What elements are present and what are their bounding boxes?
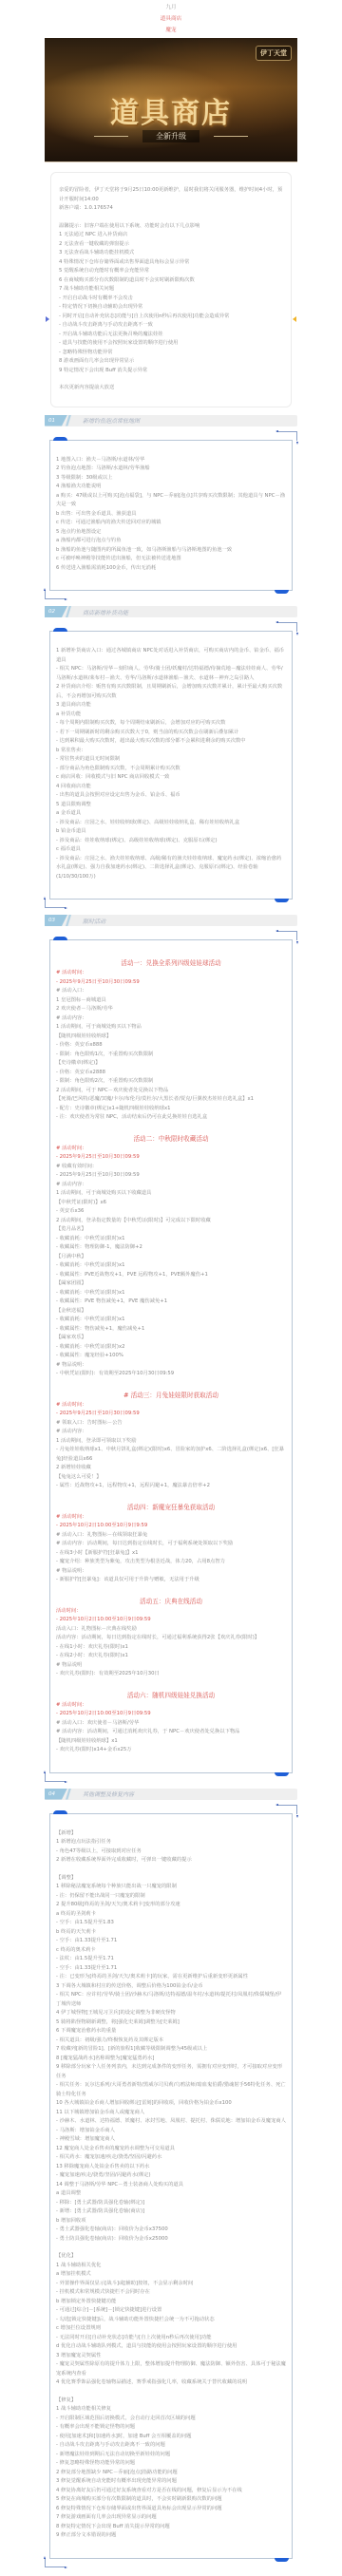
text-line: - 魔宠介绍：种族类型为紫兔，攻击类型为根茎近战，体力20，占用8点智力 <box>56 1558 286 1567</box>
text-line: - 自动战斗攻击距离与手动攻击距离不一致的问题 <box>56 2441 286 2451</box>
text-line: 2 活动期间，可于 NPC－欢庆使者处兑换以下物品 <box>56 1087 286 1096</box>
text-line: b 终焉的天矢莉卡 <box>56 1928 286 1938</box>
text-line: - 达到累积最大购买次数时，超出最大购买次数的部分都不会累积进剩余的购买次数中 <box>56 737 286 747</box>
card-body: 1 新增补货商店入口：通过各城镇商店 NPC处对话进入补货商店，可购买商店内的金… <box>49 631 293 900</box>
text-line: 1 战斗辅助功能相关修复 <box>56 2405 286 2415</box>
group-label: 【新增】 <box>56 1829 286 1839</box>
text-line: 1 皇冠图标－商城道具 <box>56 996 286 1006</box>
text-line: - 使用[加速术]和[加速药水]时，加速 Buff 会互相覆盖的问题 <box>56 2433 286 2442</box>
text-line: 4 回收商店功能 <box>56 783 286 792</box>
text-line: 12 魔宠商人处金币售卖的魔宠药水调整为可交易道具 <box>56 2145 286 2154</box>
text-line: # 活动入口：礼物图标－在线领取狂暴兔 <box>56 1531 286 1541</box>
text-line: b 铂金币道具 <box>56 827 286 837</box>
section-header-03: 03 限时活动 <box>45 915 297 926</box>
tips-title: 温馨提示：旧客户端在使用以下系统、功能时会有以下几点影响 <box>59 222 283 232</box>
text-line: - 2025年9月25日至10月30日09:59 <box>56 1171 286 1181</box>
text-line: - 在线1小时：欢庆礼券(限时)x1 <box>56 1643 286 1653</box>
text-line: 2 新增娃娃收藏 <box>56 1464 286 1473</box>
activity-title: 活动二：中秋限时收藏活动 <box>56 1133 286 1145</box>
text-line: - 无法同时开启[自动补充状态]功能与[自上次使用n秒后再次使用]功能 <box>56 2334 286 2343</box>
text-line: - 沙赫木、水道林、达特福德、妖魔村、冰封雪地、凤凰村、提托村、侏儒荒地：增加铂… <box>56 2117 286 2127</box>
corner-arrow-icon <box>45 2558 66 2567</box>
spacer <box>56 2244 286 2252</box>
text-line: - 同时开启[自动补充状态]功能与[自上次使用n秒后再次使用]功能会造成异常 <box>59 313 283 322</box>
group-label: 【修复】 <box>56 2396 286 2406</box>
text-line: - 挂机模式和常规模式快捷栏不会同时存在 <box>56 2288 286 2298</box>
section-card-01: 1 地图入口：渔夫－马洛斯/水道林/劳华2 钓鱼泡点地图：马洛斯/水道林/劳华渔… <box>45 440 297 592</box>
activity-title: 活动一：兑换全系列四级娃娃球活动 <box>56 957 286 969</box>
text-line: - 收藏消耗：中秋凭证(限时)x1 <box>56 1316 286 1325</box>
text-line: - 魔宠灵契属性除原有的提升体力上限，整体增加提升物理防御、魔法防御、额外伤害、… <box>56 2360 286 2378</box>
text-line: # 活动内容： <box>56 1181 286 1190</box>
section-lines: 1 新增补货商店入口：通过各城镇商店 NPC处对话进入补货商店，可购买商店内的金… <box>56 647 286 881</box>
text-line: 4 优化赛季饰品强化卷轴物品描述，赛季戒指强化几率，收藏系统关于替代收藏的说明 <box>56 2378 286 2388</box>
text-line: 1 新增泡点玩法指引任务 <box>56 1838 286 1847</box>
arrow-right-icon <box>46 316 49 322</box>
text-line: b 常驻售卖： <box>56 747 286 756</box>
text-line: 14 调整于马洛斯/劳华 NPC－勇士装备商人处购买的道具 <box>56 2181 286 2190</box>
text-line: 2 修复部分地图缺少 NPC－乔丽[泡点]指路功能的问题 <box>56 2469 286 2478</box>
section-card-03: 活动一：兑换全系列四级娃娃球活动# 活动时间：- 2025年9月25日至10月3… <box>45 939 297 1773</box>
text-line: 6 修复特殊情况下仓库存储界面或出售界面道具角标会出现显示异常的问题 <box>56 2505 286 2514</box>
text-line: 【随机四级娃娃收纳球】x1 <box>56 1737 286 1747</box>
text-line: 1 活动期间，可于商城处购买以下物品 <box>56 1023 286 1032</box>
section-number: 02 <box>45 606 67 617</box>
section-title: 新增钓鱼泡点常驻地图 <box>83 416 140 425</box>
text-line: - 角色47等级以上，可接取到对应任务 <box>56 1847 286 1857</box>
text-line: 1 战斗辅助相关优化 <box>56 2262 286 2271</box>
banner-tagline: 全新升级 <box>142 130 199 142</box>
groups-list: 【新增】1 新增泡点玩法指引任务- 角色47等级以上，可接取到对应任务2 新增在… <box>56 1829 286 2541</box>
banner-tagline-wrap: 全新升级 <box>45 131 297 142</box>
section-header-04: 04 其他调整及修复内容 <box>45 1789 297 1800</box>
section-header-01: 01 新增钓鱼泡点常驻地图 <box>45 415 297 426</box>
hero-banner: 伊丁天堂 道具商店 全新升级 <box>45 38 297 162</box>
group-label: 【调整】 <box>56 1874 286 1884</box>
text-line: - 若下一周期刷新时的剩余购买次数大于0，则当前的购买次数会在刷新后叠加累计 <box>56 729 286 738</box>
text-line: - 相关 NPC：马洛斯/劳华－刻印商人、劳华/骑士团/妖魔村/达特福德/侍摘荒… <box>56 665 286 683</box>
text-line: 【史诗徽章(绑定)】 <box>56 1059 286 1069</box>
tips-list: 1 无法通过 NPC 进入补货商店2 无法查看一键收藏的弹窗提示3 无法查看战斗… <box>59 231 283 375</box>
text-line: 【览月品茗】 <box>56 1225 286 1235</box>
text-line: - 月兔娃娃收纳球x1、中秋月饼礼盒(绑定)(限时)x6、冒险家的加护x6、二阶… <box>56 1446 286 1464</box>
section-title: 限时活动 <box>83 917 105 925</box>
text-line: - 新增：[勇士武器/防具强化卷轴(商店)] <box>56 2207 286 2217</box>
text-line: - 有概率会出现不能锁定怪物的问题 <box>56 2423 286 2433</box>
text-line: a 金币道具 <box>56 809 286 819</box>
text-line: 【中秋凭证(限时)】x6 <box>56 1199 286 1208</box>
text-line: - 限制：角色限购1次，不重置购买次数限制 <box>56 1051 286 1060</box>
activity-time: # 活动时间： <box>56 1401 286 1411</box>
text-line: 2 提升80级[终焉的圣剑/天矢/奥术莉卡]变形的部分攻速 <box>56 1901 286 1910</box>
text-line: 10 各大城镇铂金币商人增加回收绑定[雷刻]的回收项，回收价格为铂金币x100 <box>56 2099 286 2109</box>
activity-time: # 活动时间： <box>56 1701 286 1711</box>
text-line: - 自动战斗攻击距离与手动攻击距离不一致 <box>59 321 283 331</box>
activity-time: - 2025年10月2日10:00至10月9日09:59 <box>56 1710 286 1719</box>
text-line: # 活动入口： <box>56 987 286 996</box>
spacer <box>56 1866 286 1874</box>
text-line: - 在线2小时：欢庆礼券(限时)x1 <box>56 1652 286 1661</box>
tab-decoration-icon <box>275 590 289 594</box>
text-line: 2 新增在收藏系统界面外完成收藏时，可弹出一键收藏的提示 <box>56 1856 286 1866</box>
text-line: - 开启战斗辅助功能后无法更换召唤的魔法娃娃 <box>59 331 283 340</box>
text-line: - 相关药水：魔宠加速/疾走/骁勇/坚固/闪避药水 <box>56 2153 286 2163</box>
text-line: - 外置操作界面仅显示[战斗]或[辅助]按钮，不会显示剩余时间 <box>56 2280 286 2289</box>
text-line: a 渔船内都可进行泡点与钓鱼 <box>56 537 286 546</box>
tab-decoration-icon <box>275 2558 289 2562</box>
text-line: - 收藏属性：物理防御-1，魔法防御+2 <box>56 1243 286 1253</box>
text-line: - 欢庆礼券(限时)x14+金币x25万 <box>56 1746 286 1755</box>
page-header: 九月 道具商店 魔宠 <box>0 0 342 36</box>
tab-decoration-icon <box>275 899 289 902</box>
activity-title: # 活动三：月兔娃娃限时获取活动 <box>56 1390 286 1401</box>
text-line: 3 修复觉醒系统自动充能时有概率出现充能异常的问题 <box>56 2477 286 2487</box>
section-title: 其他调整及修复内容 <box>83 1790 134 1798</box>
text-line: 9 特定情况下会出现 Buff 消失提示异常 <box>59 367 283 376</box>
text-line: - 收藏属性：魔宠经验+100% <box>56 1352 286 1361</box>
banner-headline: 道具商店 <box>45 89 297 131</box>
text-line: - 收藏属性：PVE 物伤减免+1，PVE 魔伤减免+1 <box>56 1297 286 1307</box>
spacer <box>56 2388 286 2396</box>
text-line: 【随机四级娃娃收纳球】 <box>56 1032 286 1042</box>
tab-decoration-icon <box>53 628 67 632</box>
text-line: 2 无法查看一键收藏的弹窗提示 <box>59 240 283 250</box>
text-line: - 出售的道具会按照对应设定出售为金币、铂金币、福币 <box>56 791 286 801</box>
text-line: - 欢庆礼券(限时)：有效期至2025年10月30日 <box>56 1670 286 1679</box>
text-line: a 购买：47级或以上可购买[泡点福袋]，与 NPC－乔丽[泡点]共享购买次数限… <box>56 492 286 510</box>
corner-arrow-icon <box>45 1772 66 1782</box>
text-line: 3 下调各大城镇和村庄的传送价格，调整后价格为100铂金币/金币 <box>56 1982 286 1992</box>
spacer <box>56 1379 286 1388</box>
intro-paragraph: 亲爱的冒险者，伊丁天堂将于9月25日10:00更新维护，届时我们将关闭服务器，维… <box>59 186 283 204</box>
text-line: - 配方：史诗徽章(绑定)x1+随机四级娃娃收纳球x1 <box>56 1105 286 1114</box>
text-line: 9 移除部分玩家个人任务列表内，未达到完成条件的变形任务，需拥有对应变形时，才可… <box>56 2063 286 2081</box>
text-line: - 开启限制区域范围后切换模式，会自动行走回首次区域的问题 <box>56 2415 286 2424</box>
text-line: - 空手：由1.33提升至1.71 <box>56 1964 286 1974</box>
month-label: 九月 <box>0 2 342 13</box>
text-line: d 优化自动战斗辅助队列模式，道具与技能的使用会按照玩家设置的顺序进行使用 <box>56 2342 286 2352</box>
text-line: 【阖家欢乐】 <box>56 1334 286 1343</box>
activity-time: # 活动时间： <box>56 1513 286 1523</box>
text-line: # 活动入口：欢庆使者－马洛斯/劳华 <box>56 1719 286 1729</box>
text-line: - 涉及商品：庄园之水、娃娃收纳球(绑定)、高级娃娃收纳礼盒、稀有娃娃收纳礼盒 <box>56 819 286 828</box>
text-line: 2 活动期间，登录指定数量的【中秋凭证(限时)】可完成以下限时收藏 <box>56 1217 286 1226</box>
spacer <box>56 1491 286 1500</box>
text-line: - 在线3小时【新服护符[狂暴兔]】x1 <box>56 1549 286 1559</box>
text-line: - 空手：由1.33提升至1.71 <box>56 1937 286 1946</box>
text-line: 5 修复在商城购买部分有次数限制的道具时，不会实时刷新限购次数的问题 <box>56 2495 286 2505</box>
activity-time: # 活动时间： <box>56 1145 286 1154</box>
text-line: 3 等级限制：30级或以上 <box>56 474 286 483</box>
text-line: - 英安币x36 <box>56 1207 286 1217</box>
text-line: 6 下调魔宠治愈药水的重量 <box>56 2027 286 2036</box>
tab-decoration-icon <box>53 437 67 441</box>
section-number: 04 <box>45 1789 67 1800</box>
text-line: - 价格：英安币x2888 <box>56 1069 286 1078</box>
text-line: - 收藏消耗：中秋凭证(限时)x1 <box>56 1235 286 1244</box>
text-line: - 属性：近战物攻+1，远程物攻+1，远程闪避+1，魔法暴击倍率+2 <box>56 1482 286 1491</box>
text-line: 1 移除秘法魔宠系统每个种族只能出战一只魔宠的限制 <box>56 1883 286 1892</box>
text-line: 【阖家团圆】 <box>56 1279 286 1289</box>
spacer <box>56 1585 286 1594</box>
text-line: - 收藏消耗：中秋凭证(限时)x1 <box>56 1289 286 1298</box>
text-line: # 物品说明： <box>56 1567 286 1577</box>
text-line: - 相关道具：初级/强力/终极恢复药及其绑定版本 <box>56 2036 286 2046</box>
text-line: 4 特殊情况下仓库存储界面或出售界面道具角标会显示异常 <box>59 258 283 268</box>
activity-time: - 2025年10月2日10:00至10月9日09:59 <box>56 1616 286 1625</box>
card-body: 1 地图入口：渔夫－马洛斯/水道林/劳华2 钓鱼泡点地图：马洛斯/水道林/劳华渔… <box>49 440 293 592</box>
text-line: - 法杖：由1.5提升至1.71 <box>56 1955 286 1964</box>
text-line: - 勇士武器强化卷轴(商店)：回收价为金币x37500 <box>56 2226 286 2235</box>
text-line: 【兔兔这么可爱！】 <box>56 1473 286 1483</box>
text-line: 5 泡点钓鱼地图设定 <box>56 528 286 538</box>
text-line: - 相关任务：瓦尔达系列/大哥勇者新特/黑威尔司贝莉/乌鸦法师/暗血鬼伯爵/猎魂… <box>56 2081 286 2099</box>
text-line: 9 修正部分文本错误的问题 <box>56 2531 286 2541</box>
text-line: - 道具与技能的使用不会按照玩家设置的顺序进行使用 <box>59 339 283 349</box>
text-line: 6 在商城购买部分有次数限制的道具时不会实时刷新限购次数 <box>59 276 283 286</box>
client-version: 新客户端：1.0.176574 <box>59 204 283 214</box>
section-title: 商店新增补货功能 <box>83 608 128 616</box>
text-line: - 魔宠加速/疾走/骁勇/坚固/闪避药水(绑定) <box>56 2171 286 2181</box>
text-line: 活动内容：活动期间，每日达到指定在线时长，可通过福利系统获得2张【欢庆礼券(限时… <box>56 1634 286 1643</box>
page-title: 道具商店 <box>0 13 342 25</box>
text-line: - 特定情况下切换自动辅助会出现异常 <box>59 303 283 313</box>
group-label: 【优化】 <box>56 2252 286 2262</box>
text-line: 8 [魔宠猛战药水]名称调整为[魔宠猛勇药水] <box>56 2055 286 2064</box>
text-line: 4 渔船渔夫功能说明 <box>56 483 286 492</box>
text-line: 1 地图入口：渔夫－马洛斯/水道林/劳华 <box>56 456 286 465</box>
corner-arrow-icon <box>45 590 66 599</box>
text-line: c 可被呼唤神殿等技能传送出渔船，但无法被传送进地图 <box>56 555 286 564</box>
text-line: 7 战斗辅助功能相关问题 <box>59 285 283 294</box>
intro-card: 亲爱的冒险者，伊丁天堂将于9月25日10:00更新维护，届时我们将关闭服务器，维… <box>50 172 292 407</box>
text-line: 8 游戏画面有几率会出现异常显示 <box>59 357 283 367</box>
text-line: - 修复忽略特殊怪物功能异常的问题 <box>56 2459 286 2469</box>
text-line: 【金秋送福】 <box>56 1307 286 1316</box>
text-line: # 物品说明 <box>56 1661 286 1671</box>
activity-time: # 活动时间： <box>56 969 286 978</box>
text-line: 活动入口：礼物图标－庆典在线奖励 <box>56 1625 286 1635</box>
text-line: # 活动内容：活动期间，每日达到指定在线时长，可于福利系统处领取以下奖励 <box>56 1540 286 1549</box>
text-line: # 活动内容： <box>56 1014 286 1024</box>
text-line: 2 欢庆使者－马洛斯/劳华 <box>56 1005 286 1014</box>
text-line: # 领取入口：告时图标－公告 <box>56 1419 286 1429</box>
text-line: - 可通过[综合]－[系统]－[锁定快捷键]进行设置 <box>56 2306 286 2316</box>
text-line: - 部分商品为角色限制购买次数，不会周期累计购买次数 <box>56 765 286 774</box>
text-line: 【月满中秋】 <box>56 1253 286 1262</box>
text-line: - 忽略特殊怪物功能异常 <box>59 349 283 358</box>
text-line: 4 伊丁城怪物[王城见习卫兵]的设定调整为非硬皮怪物 <box>56 2009 286 2018</box>
text-line: a 补货功能 <box>56 710 286 720</box>
text-line: - 空手：由1.5提升至1.83 <box>56 1919 286 1928</box>
corner-arrow-icon <box>45 899 66 908</box>
text-line: - 移除：[勇士武器/防具强化卷轴(绑定)] <box>56 2199 286 2208</box>
text-line: b 出售：可出售金币道具、渔获道具 <box>56 510 286 520</box>
text-line: 【死骑/巴风特/恶魔/冥魔/卡尔/布伦丹/莫杜尔/大黑长者/贾克/巨翼敖杰娃娃自… <box>56 1095 286 1105</box>
page-subtitle: 魔宠 <box>0 25 342 36</box>
text-line: - 涉及商品：庄园之水、渔夫娃娃收纳球、高级/稀有的渔夫娃娃收纳球、魔宠药水(绑… <box>56 855 286 882</box>
text-line: 7 收藏列[新的冒险1]、[新的旅程1]收藏等级限制调整为45级或以上 <box>56 2045 286 2055</box>
activity-time: - 2025年9月25日至10月30日09:59 <box>56 978 286 988</box>
section-header-02: 02 商店新增补货功能 <box>45 606 297 617</box>
section-card-02: 1 新增补货商店入口：通过各城镇商店 NPC处对话进入补货商店，可购买商店内的金… <box>45 631 297 900</box>
section-number: 03 <box>45 915 67 926</box>
text-line: - 开启自动战斗时有概率不会攻击 <box>59 294 283 304</box>
text-line: - 注：欢庆使者为常驻 NPC，活动结束后仍可在此兑换娃娃自选礼盒 <box>56 1113 286 1123</box>
activity-title: 活动五：庆典在线活动 <box>56 1596 286 1607</box>
text-line: - 常驻售卖的道具无时间限制 <box>56 755 286 765</box>
text-line: 1 无法通过 NPC 进入补货商店 <box>59 231 283 240</box>
activity-time: - 2025年9月25日至10月30日09:59 <box>56 1153 286 1163</box>
tab-decoration-icon <box>275 1772 289 1776</box>
card-body: 【新增】1 新增泡点玩法指引任务- 角色47等级以上，可接取到对应任务2 新增在… <box>49 1813 293 2559</box>
activity-time: - 2025年9月25日至10月30日09:59 <box>56 1410 286 1419</box>
text-line: 2 钓鱼泡点地图：马洛斯/水道林/劳华渔船 <box>56 464 286 474</box>
text-line: 6 传送进入渔船需消耗100金币，传出无消耗 <box>56 564 286 574</box>
spacer <box>56 1123 286 1131</box>
text-line: # 物品说明： <box>56 1361 286 1371</box>
text-line: a 增加挂机模式 <box>56 2270 286 2280</box>
text-line: b 增加锁定外置快捷键功能 <box>56 2298 286 2307</box>
text-line: 1 活动期间，可于商城处购买以下收藏道具 <box>56 1189 286 1199</box>
spacer <box>56 1679 286 1688</box>
text-line: c 福币道具 <box>56 845 286 855</box>
text-line: 3 道具商店功能 <box>56 701 286 710</box>
text-line: c 终焉的奥术莉卡 <box>56 1946 286 1956</box>
text-line: - 勇士防具强化卷轴(商店)：回收价为金币x25000 <box>56 2235 286 2245</box>
text-line: - 新服护符[狂暴兔]：该道具仅可用于升阶与赠敏，无法用于升级 <box>56 1576 286 1585</box>
text-line: b 增加回收项 <box>56 2217 286 2226</box>
intro-closing: 本次更新内容提前大放送 <box>59 384 283 393</box>
section-card-04: 【新增】1 新增泡点玩法指引任务- 角色47等级以上，可接取到对应任务2 新增在… <box>45 1813 297 2559</box>
text-line: c 传送：可通过渔船内的渔夫传送回对应的城镇 <box>56 519 286 528</box>
section-number: 01 <box>45 415 67 426</box>
text-line: 13 移除魔宠商人处铂金币售卖的以下药水 <box>56 2163 286 2172</box>
activity-title: 活动六：随机四级娃娃兑换活动 <box>56 1690 286 1701</box>
activities-list: 活动一：兑换全系列四级娃娃球活动# 活动时间：- 2025年9月25日至10月3… <box>56 957 286 1755</box>
text-line: # 收藏有效时间： <box>56 1163 286 1172</box>
text-line: - 每个周期内限制购买次数，每个周期结束刷新后，会增加对应的可购买次数 <box>56 719 286 729</box>
text-line: - 注：仍保留不能出战同一只魔宠的限制 <box>56 1892 286 1902</box>
arrow-left-icon <box>293 316 296 322</box>
activity-title: 活动四：新魔宠狂暴兔获取活动 <box>56 1502 286 1513</box>
text-line: - 价格：英安币x888 <box>56 1041 286 1051</box>
text-line: c 商店回收：回收模式与旧 NPC 商店回收模式一致 <box>56 773 286 783</box>
game-logo: 伊丁天堂 <box>256 46 292 61</box>
activity-time: - 2025年10月2日10:00至10月9日9:59 <box>56 1522 286 1531</box>
section-lines: 1 地图入口：渔夫－马洛斯/水道林/劳华2 钓鱼泡点地图：马洛斯/水道林/劳华渔… <box>56 456 286 574</box>
text-line: - 相关 NPC：应许村/劳华/骑士团/沙赫木/马洛斯/达特福德/温冬村/水道林… <box>56 1991 286 2009</box>
text-line: - 收藏属性：PVE近战物攻+1，PVE 远程物攻+1，PVE额外魔伤+1 <box>56 1271 286 1280</box>
text-line: - 涉及商品：娃娃收纳球(绑定)、高级娃娃收纳球(绑定)、克服原石(绑定) <box>56 837 286 846</box>
text-line: # 活动内容：活动期间，可通过消耗欢庆礼券，于 NPC－欢庆使者处兑换以下物品 <box>56 1728 286 1737</box>
text-line: # 活动内容： <box>56 1428 286 1437</box>
text-line: - 马洛斯：增加铂金币商人 <box>56 2127 286 2136</box>
text-line: 5 骑将陷怪物刷新调整，将[强化史莱姆]调整为[史莱姆] <box>56 2018 286 2028</box>
text-line: - 中秋凭证(限时)：有效期至2025年10月30日09:59 <box>56 1370 286 1379</box>
text-line: 3 无法查看战斗辅助功能挂机模式 <box>59 249 283 258</box>
text-line: 2 补货商店介绍：贩售有购买次数限制，且周期刷新后，会增加购买次数并累计，累计至… <box>56 683 286 701</box>
text-line: 5 道具限购调整 <box>56 801 286 810</box>
tab-decoration-icon <box>53 937 67 940</box>
text-line: - 新增魔法娃娃到期后无法自动切换至新娃娃的问题 <box>56 2451 286 2460</box>
text-line: a 道具调整 <box>56 2189 286 2199</box>
text-line: - 收藏属性：物伤减免+1，魔伤减免+1 <box>56 1325 286 1335</box>
text-line: - 收藏消耗：中秋凭证(限时)x1 <box>56 1261 286 1271</box>
text-line: 1 活动期间，登录即可领取以下奖励 <box>56 1437 286 1447</box>
text-line: 11 以下城镇增加铂金币商人或魔宠商人 <box>56 2109 286 2118</box>
text-line: - 神殿雪域：增加魔宠商人 <box>56 2135 286 2145</box>
text-line: - 注：已变形为[终焉的圣剑/天矢/奥术莉卡]的玩家，需在更新维护后重新变形更新… <box>56 1973 286 1982</box>
text-line: 5 觉醒系统自动充能时有概率会充能异常 <box>59 267 283 276</box>
text-line: a 终焉的圣剑莉卡 <box>56 1910 286 1920</box>
text-line: - 限制：角色限购2次，不重置购买次数限制 <box>56 1077 286 1087</box>
text-line: 3 增加魔宠灵契属性 <box>56 2352 286 2361</box>
text-line: 8 修复特定情况下会出现 Buff 消失提示异常的问题 <box>56 2523 286 2532</box>
text-line: b 渔船的鱼池与随图内的所属鱼池一致，如马洛斯渔船与马洛斯地图的鱼池一致 <box>56 546 286 556</box>
text-line: 7 修复游戏画面有几率会出现异常显示的问题 <box>56 2513 286 2523</box>
activity-time: 活动时间： <box>56 1607 286 1617</box>
text-line: - 勾选[锁定快捷键]后，战斗辅助功能外置快捷栏会统一为不可拖动状态 <box>56 2316 286 2325</box>
text-line: 4 修复协离好友后仍可通过好友系统查看对方是否在线的问题，修复后显示为不在线 <box>56 2487 286 2496</box>
text-line: 1 新增补货商店入口：通过各城镇商店 NPC处对话进入补货商店，可购买商店内的金… <box>56 647 286 665</box>
card-body: 活动一：兑换全系列四级娃娃球活动# 活动时间：- 2025年9月25日至10月3… <box>49 939 293 1773</box>
text-line: - 收藏消耗：中秋凭证(限时)x2 <box>56 1343 286 1353</box>
text-line: c 增加拦位设置规则 <box>56 2324 286 2334</box>
tab-decoration-icon <box>53 1810 67 1814</box>
